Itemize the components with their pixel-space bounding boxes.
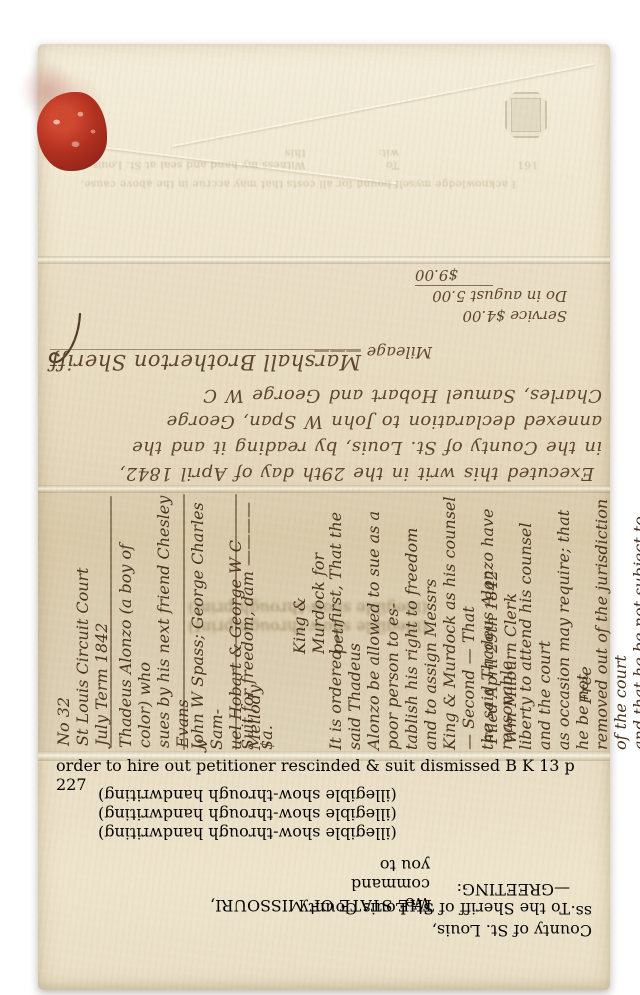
sheriffs-return-line: in the County of St. Louis, by reading i… (46, 434, 602, 460)
showthrough-script-line: (illegible show-through handwriting) (98, 824, 397, 843)
embossed-stamp-inner (511, 98, 541, 132)
order-line: as occasion may require; that he be not (554, 496, 592, 750)
order-line: It is ordered — first, That the said Tha… (326, 496, 364, 750)
sheriffs-return-line: annexed declaration to John W Span, Geor… (46, 408, 602, 434)
sheriffs-return: Executed this writ in the 29th day of Ap… (46, 260, 602, 486)
mileage-signature-row: Mileage ——— Marshall Brotherton Sheriff (46, 330, 602, 376)
photograph-backdrop: I acknowledge myself bound for all costs… (0, 0, 640, 995)
docket-action: Suit for freedom, dam ———— $a. (238, 488, 266, 750)
fee-line: $9.00 (415, 265, 493, 286)
plaintiff-line: sues by his next friend Chesley Evans (154, 492, 192, 748)
showthrough-to-wit: To wit: (362, 147, 399, 171)
order-line: tablish his right to freedom and to assi… (402, 496, 440, 750)
showthrough-witness-line: Witness my hand and seal at St. Louis, t… (68, 147, 306, 171)
order-line: King & Murdock as his counsel — Second —… (440, 496, 478, 750)
plaintiff-line: Thadeus Alonzo (a boy of color) who (116, 492, 154, 748)
ragged-fold-edge (38, 44, 51, 310)
order-line: Alonzo be allowed to sue as a poor perso… (364, 496, 402, 750)
clerk-signature: Wm Milburn Clerk (501, 538, 520, 744)
showthrough-text-top: I acknowledge myself bound for all costs… (68, 132, 538, 190)
showthrough-witness-row: 161 To wit: Witness my hand and seal at … (68, 147, 538, 171)
sheriffs-return-line: Executed this writ in the 29th day of Ap… (46, 460, 602, 486)
counsel-note: King & Murdock for petr (290, 542, 316, 654)
showthrough-script-line: (illegible show-through handwriting) (98, 805, 397, 824)
fee-list: Service $4.00Do in august 5.00$9.00 (407, 265, 567, 326)
docket-plaintiff: Thadeus Alonzo (a boy of color) who sues… (116, 492, 178, 748)
showthrough-handwriting: (illegible show-through handwriting)(ill… (98, 786, 397, 843)
fee-line: Service $4.00 (407, 306, 567, 326)
sheriff-signature: Marshall Brotherton Sheriff (50, 349, 361, 374)
showthrough-bond-line: I acknowledge myself bound for all costs… (68, 178, 516, 190)
filed-date: Filed April 29th 1842 (482, 538, 501, 744)
showthrough-page-number: 161 (517, 159, 538, 171)
filing-endorsement: Filed April 29th 1842 Wm Milburn Clerk (482, 538, 532, 744)
order-line: removed out of the jurisdiction of the c… (592, 496, 630, 750)
showthrough-script-line: (illegible show-through handwriting) (98, 786, 397, 805)
docket-defendants: John W Spass; George Charles Sam- uel Ho… (188, 492, 232, 750)
sheriffs-return-line: Charles, Samuel Hobart and George W C (46, 382, 602, 408)
showthrough-county-line: County of St. Louis, ss. (424, 902, 592, 940)
sheriffs-return-lines: Executed this writ in the 29th day of Ap… (46, 382, 602, 486)
fee-line: Do in august 5.00 (407, 286, 567, 306)
court-order-text: It is ordered — first, That the said Tha… (326, 496, 472, 750)
document-paper: I acknowledge myself bound for all costs… (38, 44, 610, 990)
free-annotation: Free (576, 636, 600, 704)
court-term: July Term 1842 (92, 498, 111, 746)
docket-caption-court: No 32 St Louis Circuit Court July Term 1… (54, 498, 108, 746)
defendant-line: John W Spass; George Charles Sam- (188, 492, 226, 750)
case-number: No 32 (54, 498, 73, 746)
court-name: St Louis Circuit Court (73, 498, 92, 746)
order-line: and that he be not subject to any severi… (630, 496, 640, 750)
showthrough-state-line: THE STATE OF MISSOURI, (150, 896, 434, 915)
